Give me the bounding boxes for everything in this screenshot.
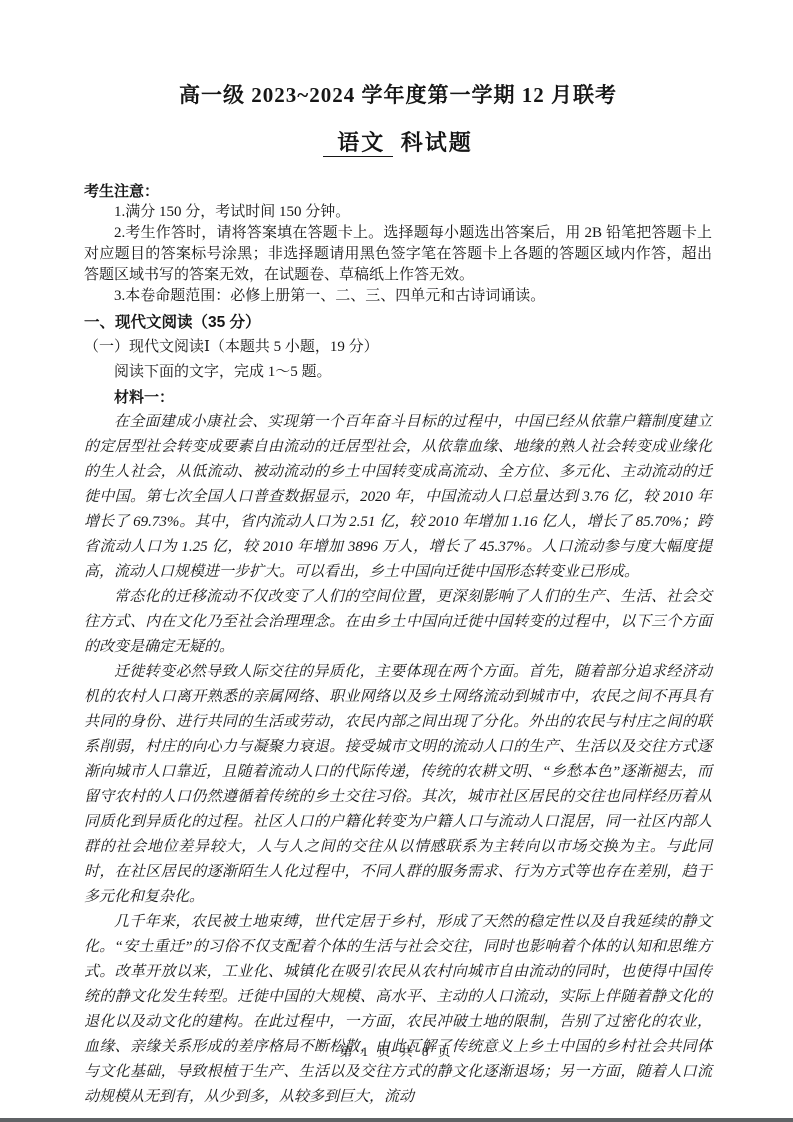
material-one-label: 材料一： — [84, 385, 712, 410]
material-one-body: 在全面建成小康社会、实现第一个百年奋斗目标的过程中，中国已经从依靠户籍制度建立的… — [84, 410, 712, 1110]
notice-item-2: 2.考生作答时，请将答案填在答题卡上。选择题每小题选出答案后，用 2B 铅笔把答… — [84, 223, 712, 286]
subtitle-suffix: 科试题 — [393, 130, 473, 155]
page-number-indicator: 第 1 页 共 8 页 — [0, 1041, 793, 1060]
subsection-heading: （一）现代文阅读Ⅰ（本题共 5 小题，19 分） — [84, 335, 712, 360]
exam-subtitle: 语文 科试题 — [84, 129, 712, 157]
exam-paper-page: 高一级 2023~2024 学年度第一学期 12 月联考 语文 科试题 考生注意… — [0, 0, 793, 1122]
notice-heading: 考生注意： — [84, 181, 712, 202]
material-paragraph-3: 迁徙转变必然导致人际交往的异质化，主要体现在两个方面。首先，随着部分追求经济动机… — [84, 660, 712, 910]
notice-item-1: 1.满分 150 分，考试时间 150 分钟。 — [84, 202, 712, 223]
reading-instruction: 阅读下面的文字，完成 1～5 题。 — [84, 360, 712, 385]
section-one-heading: 一、现代文阅读（35 分） — [84, 310, 712, 335]
material-paragraph-1: 在全面建成小康社会、实现第一个百年奋斗目标的过程中，中国已经从依靠户籍制度建立的… — [84, 410, 712, 585]
exam-title: 高一级 2023~2024 学年度第一学期 12 月联考 — [84, 82, 712, 108]
material-paragraph-2: 常态化的迁移流动不仅改变了人们的空间位置，更深刻影响了人们的生产、生活、社会交往… — [84, 585, 712, 660]
page-bottom-edge — [0, 1118, 793, 1122]
page-content: 高一级 2023~2024 学年度第一学期 12 月联考 语文 科试题 考生注意… — [84, 82, 712, 1110]
candidate-notice: 考生注意： 1.满分 150 分，考试时间 150 分钟。 2.考生作答时，请将… — [84, 181, 712, 307]
subject-name: 语文 — [323, 130, 393, 157]
material-paragraph-4: 几千年来，农民被土地束缚，世代定居于乡村，形成了天然的稳定性以及自我延续的静文化… — [84, 910, 712, 1110]
notice-item-3: 3.本卷命题范围：必修上册第一、二、三、四单元和古诗词诵读。 — [84, 286, 712, 307]
